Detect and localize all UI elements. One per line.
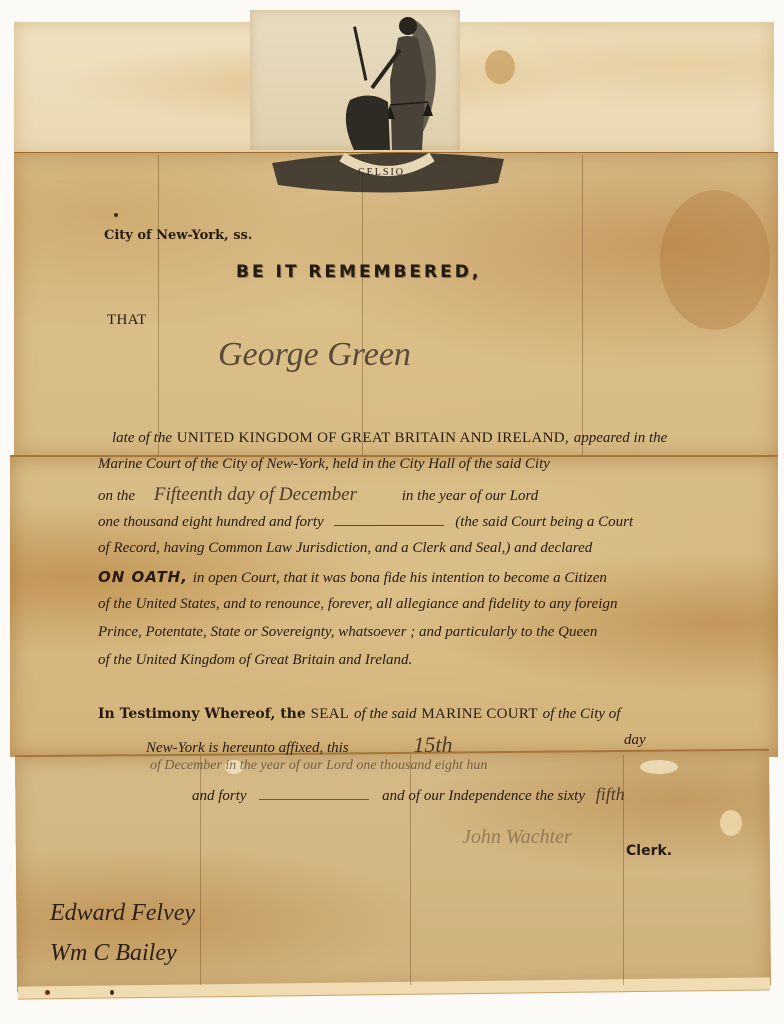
ink-speck	[114, 213, 118, 217]
witness-signature-2: Wm C Bailey	[50, 940, 177, 967]
testimony-line-4: and forty and of our Independence the si…	[192, 784, 625, 805]
fold-line	[158, 155, 159, 455]
body-text: (the said Court being a Court	[455, 514, 633, 530]
stain	[660, 190, 770, 330]
engraving-base-vignette: CELSIO	[262, 145, 514, 200]
testimony-text: In Testimony Whereof, the	[98, 706, 306, 722]
date-handwritten: Fifteenth day of December	[154, 484, 357, 505]
day-handwritten: 15th	[413, 732, 452, 757]
testimony-line-3-handwritten: of December in the year of our Lord one …	[150, 758, 487, 774]
testimony-text: of the said	[354, 706, 417, 722]
testimony-line-2: New-York is hereunto affixed, this 15th …	[146, 732, 666, 758]
on-oath-bold: ON OATH,	[98, 568, 188, 586]
body-line-6: ON OATH, in open Court, that it was bona…	[98, 568, 607, 587]
applicant-name-signature: George Green	[218, 336, 411, 374]
body-line-5: of Record, having Common Law Jurisdictio…	[98, 540, 592, 557]
ink-speck	[45, 990, 50, 995]
body-text: late of the	[112, 430, 172, 446]
lady-justice-engraving	[250, 10, 460, 150]
body-text: in open Court, that it was bona fide his…	[193, 570, 607, 586]
body-line-9: of the United Kingdom of Great Britain a…	[98, 652, 412, 669]
blank-line	[334, 525, 444, 526]
body-text: on the	[98, 488, 135, 504]
clerk-signature: John Wachter	[462, 826, 572, 849]
body-text: one thousand eight hundred and forty	[98, 514, 324, 530]
testimony-text: and forty	[192, 788, 247, 804]
body-line-3: on the Fifteenth day of December in the …	[98, 484, 538, 506]
fold-line	[582, 155, 583, 455]
testimony-line-1: In Testimony Whereof, the SEAL of the sa…	[98, 704, 620, 723]
venue-label: City of New-York, ss.	[104, 228, 252, 243]
heading-be-it-remembered: BE IT REMEMBERED,	[236, 262, 481, 282]
clerk-label: Clerk.	[626, 843, 672, 859]
testimony-text: and of our Independence the sixty	[382, 788, 585, 804]
testimony-text: New-York is hereunto affixed, this	[146, 740, 349, 756]
stain	[640, 760, 678, 774]
blank-line	[259, 799, 369, 800]
country-caps: UNITED KINGDOM OF GREAT BRITAIN AND IREL…	[177, 430, 569, 446]
marine-court-caps: MARINE COURT	[421, 706, 537, 722]
ink-speck	[110, 990, 114, 995]
witness-signature-1: Edward Felvey	[50, 900, 195, 927]
body-line-2: Marine Court of the City of New-York, he…	[98, 456, 550, 473]
year-handwritten: fifth	[596, 784, 625, 804]
stain	[485, 50, 515, 84]
body-line-1: late of the UNITED KINGDOM OF GREAT BRIT…	[112, 428, 667, 447]
body-text: in the year of our Lord	[402, 488, 539, 504]
body-line-8: Prince, Potentate, State or Sovereignty,…	[98, 624, 597, 641]
testimony-text: of the City of	[543, 706, 621, 722]
stain	[720, 810, 742, 836]
testimony-text: day	[624, 732, 646, 749]
lady-justice-icon	[250, 10, 460, 150]
that-label: THAT	[107, 312, 147, 329]
seal-caps: SEAL	[311, 706, 350, 722]
svg-text:CELSIO: CELSIO	[358, 167, 405, 178]
body-line-4: one thousand eight hundred and forty (th…	[98, 512, 633, 531]
body-text: appeared in the	[574, 430, 668, 446]
body-line-7: of the United States, and to renounce, f…	[98, 596, 617, 613]
